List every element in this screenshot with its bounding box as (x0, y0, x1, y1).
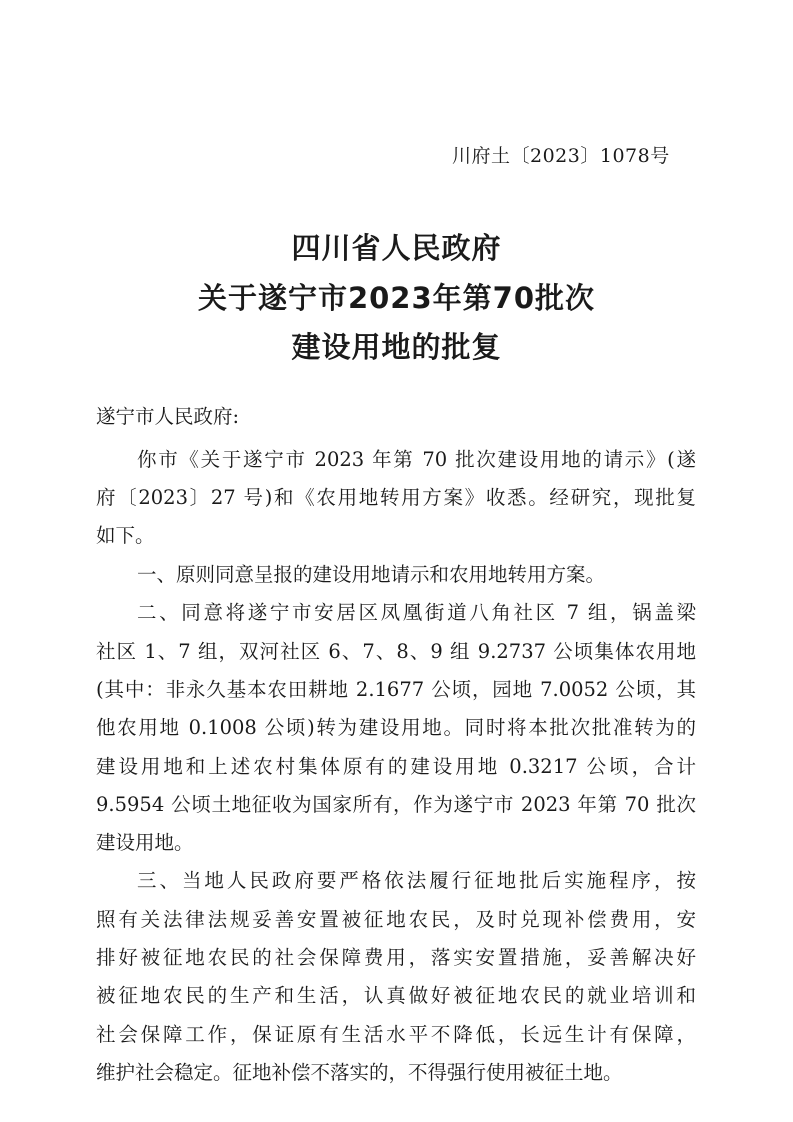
title-line-3: 建设用地的批复 (0, 325, 793, 366)
section-3-line: 维护社会稳定。征地补偿不落实的，不得强行使用被征土地。 (96, 1059, 696, 1087)
section-3-line: 三、当地人民政府要严格依法履行征地批后实施程序，按 (137, 867, 696, 895)
section-2-line: 建设用地。 (96, 829, 696, 857)
section-3-line: 照有关法律法规妥善安置被征地农民，及时兑现补偿费用，安 (96, 906, 696, 934)
section-2-line: 他农用地 0.1008 公顷)转为建设用地。同时将本批次批准转为的 (96, 714, 696, 742)
salutation: 遂宁市人民政府: (96, 403, 696, 431)
document-page: 川府土〔2023〕1078号 四川省人民政府 关于遂宁市2023年第70批次 建… (0, 0, 793, 1122)
title-line-2: 关于遂宁市2023年第70批次 (0, 276, 793, 317)
section-2-line: (其中：非永久基本农田耕地 2.1677 公顷，园地 7.0052 公顷，其 (96, 676, 696, 704)
document-number: 川府土〔2023〕1078号 (452, 141, 670, 168)
section-3-line: 排好被征地农民的社会保障费用，落实安置措施，妥善解决好 (96, 944, 696, 972)
section-2-line: 9.5954 公顷土地征收为国家所有，作为遂宁市 2023 年第 70 批次 (96, 791, 696, 819)
section-3-line: 被征地农民的生产和生活，认真做好被征地农民的就业培训和 (96, 982, 696, 1010)
body-line: 你市《关于遂宁市 2023 年第 70 批次建设用地的请示》(遂 (137, 446, 696, 474)
section-2-line: 建设用地和上述农村集体原有的建设用地 0.3217 公顷，合计 (96, 753, 696, 781)
title-line-1: 四川省人民政府 (0, 226, 793, 267)
section-2-line: 社区 1、7 组，双河社区 6、7、8、9 组 9.2737 公顷集体农用地 (96, 638, 696, 666)
section-2-line: 二、同意将遂宁市安居区凤凰街道八角社区 7 组，锅盖梁 (137, 599, 696, 627)
body-line: 府〔2023〕27 号)和《农用地转用方案》收悉。经研究，现批复 (96, 484, 696, 512)
section-1: 一、原则同意呈报的建设用地请示和农用地转用方案。 (137, 561, 696, 589)
section-3-line: 社会保障工作，保证原有生活水平不降低，长远生计有保障， (96, 1021, 696, 1049)
body-line: 如下。 (96, 522, 696, 550)
